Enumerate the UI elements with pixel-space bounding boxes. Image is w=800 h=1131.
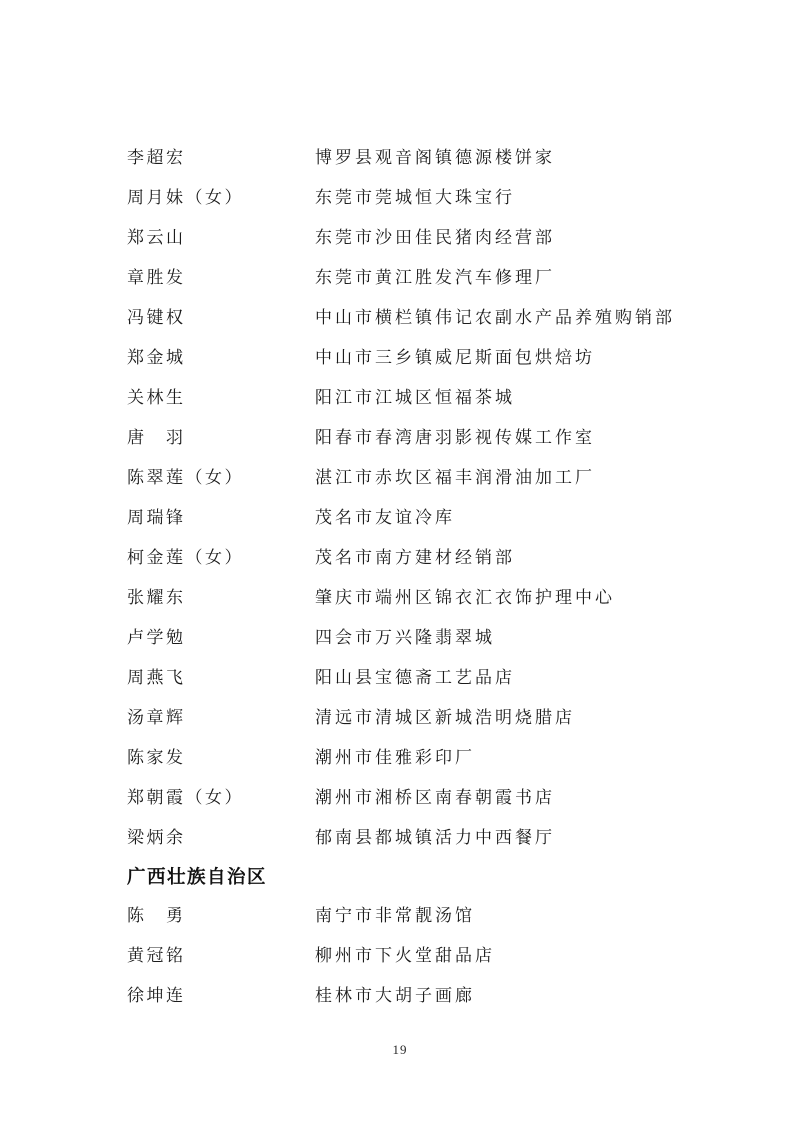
organization-name: 柳州市下火堂甜品店 (315, 946, 495, 965)
person-name: 梁炳余 (127, 818, 315, 858)
organization-name: 桂林市大胡子画廊 (315, 986, 475, 1005)
organization-name: 潮州市湘桥区南春朝霞书店 (315, 788, 555, 807)
person-name: 李超宏 (127, 138, 315, 178)
entry-row: 陈翠莲（女）湛江市赤坎区福丰润滑油加工厂 (127, 458, 750, 498)
organization-name: 东莞市莞城恒大珠宝行 (315, 188, 515, 207)
person-name: 关林生 (127, 378, 315, 418)
person-name: 郑云山 (127, 218, 315, 258)
document-page: 李超宏博罗县观音阁镇德源楼饼家 周月妹（女）东莞市莞城恒大珠宝行 郑云山东莞市沙… (0, 0, 800, 1131)
entry-row: 冯键权中山市横栏镇伟记农副水产品养殖购销部 (127, 298, 750, 338)
person-name: 冯键权 (127, 298, 315, 338)
entry-row: 关林生阳江市江城区恒福茶城 (127, 378, 750, 418)
entry-row: 陈 勇南宁市非常靓汤馆 (127, 896, 750, 936)
organization-name: 茂名市友谊冷库 (315, 508, 455, 527)
person-name: 郑金城 (127, 338, 315, 378)
organization-name: 湛江市赤坎区福丰润滑油加工厂 (315, 468, 595, 487)
entry-row: 黄冠铭柳州市下火堂甜品店 (127, 936, 750, 976)
organization-name: 潮州市佳雅彩印厂 (315, 748, 475, 767)
organization-name: 南宁市非常靓汤馆 (315, 906, 475, 925)
person-name: 张耀东 (127, 578, 315, 618)
person-name: 黄冠铭 (127, 936, 315, 976)
person-name: 周月妹（女） (127, 178, 315, 218)
organization-name: 四会市万兴隆翡翠城 (315, 628, 495, 647)
entry-row: 章胜发东莞市黄江胜发汽车修理厂 (127, 258, 750, 298)
person-name: 陈家发 (127, 738, 315, 778)
person-name: 徐坤连 (127, 976, 315, 1016)
organization-name: 博罗县观音阁镇德源楼饼家 (315, 148, 555, 167)
person-name: 唐 羽 (127, 418, 315, 458)
organization-name: 茂名市南方建材经销部 (315, 548, 515, 567)
organization-name: 东莞市黄江胜发汽车修理厂 (315, 268, 555, 287)
person-name: 周燕飞 (127, 658, 315, 698)
entry-row: 李超宏博罗县观音阁镇德源楼饼家 (127, 138, 750, 178)
entry-row: 陈家发潮州市佳雅彩印厂 (127, 738, 750, 778)
organization-name: 阳山县宝德斋工艺品店 (315, 668, 515, 687)
person-name: 汤章辉 (127, 698, 315, 738)
page-number: 19 (0, 1042, 800, 1058)
entry-row: 张耀东肇庆市端州区锦衣汇衣饰护理中心 (127, 578, 750, 618)
entry-row: 柯金莲（女）茂名市南方建材经销部 (127, 538, 750, 578)
organization-name: 中山市三乡镇威尼斯面包烘焙坊 (315, 348, 595, 367)
person-name: 周瑞锋 (127, 498, 315, 538)
person-name: 陈 勇 (127, 896, 315, 936)
entry-row: 梁炳余郁南县都城镇活力中西餐厅 (127, 818, 750, 858)
entry-list: 李超宏博罗县观音阁镇德源楼饼家 周月妹（女）东莞市莞城恒大珠宝行 郑云山东莞市沙… (127, 138, 750, 1016)
entry-row: 周瑞锋茂名市友谊冷库 (127, 498, 750, 538)
entry-row: 周燕飞阳山县宝德斋工艺品店 (127, 658, 750, 698)
organization-name: 清远市清城区新城浩明烧腊店 (315, 708, 575, 727)
entry-row: 周月妹（女）东莞市莞城恒大珠宝行 (127, 178, 750, 218)
organization-name: 郁南县都城镇活力中西餐厅 (315, 828, 555, 847)
entry-row: 郑朝霞（女）潮州市湘桥区南春朝霞书店 (127, 778, 750, 818)
entry-row: 郑金城中山市三乡镇威尼斯面包烘焙坊 (127, 338, 750, 378)
organization-name: 阳春市春湾唐羽影视传媒工作室 (315, 428, 595, 447)
organization-name: 中山市横栏镇伟记农副水产品养殖购销部 (315, 308, 675, 327)
entry-row: 卢学勉四会市万兴隆翡翠城 (127, 618, 750, 658)
organization-name: 阳江市江城区恒福茶城 (315, 388, 515, 407)
section-heading-guangxi: 广西壮族自治区 (127, 858, 750, 896)
organization-name: 肇庆市端州区锦衣汇衣饰护理中心 (315, 588, 615, 607)
entry-row: 唐 羽阳春市春湾唐羽影视传媒工作室 (127, 418, 750, 458)
person-name: 郑朝霞（女） (127, 778, 315, 818)
entry-row: 郑云山东莞市沙田佳民猪肉经营部 (127, 218, 750, 258)
person-name: 章胜发 (127, 258, 315, 298)
person-name: 柯金莲（女） (127, 538, 315, 578)
organization-name: 东莞市沙田佳民猪肉经营部 (315, 228, 555, 247)
entry-row: 汤章辉清远市清城区新城浩明烧腊店 (127, 698, 750, 738)
person-name: 卢学勉 (127, 618, 315, 658)
entry-row: 徐坤连桂林市大胡子画廊 (127, 976, 750, 1016)
person-name: 陈翠莲（女） (127, 458, 315, 498)
